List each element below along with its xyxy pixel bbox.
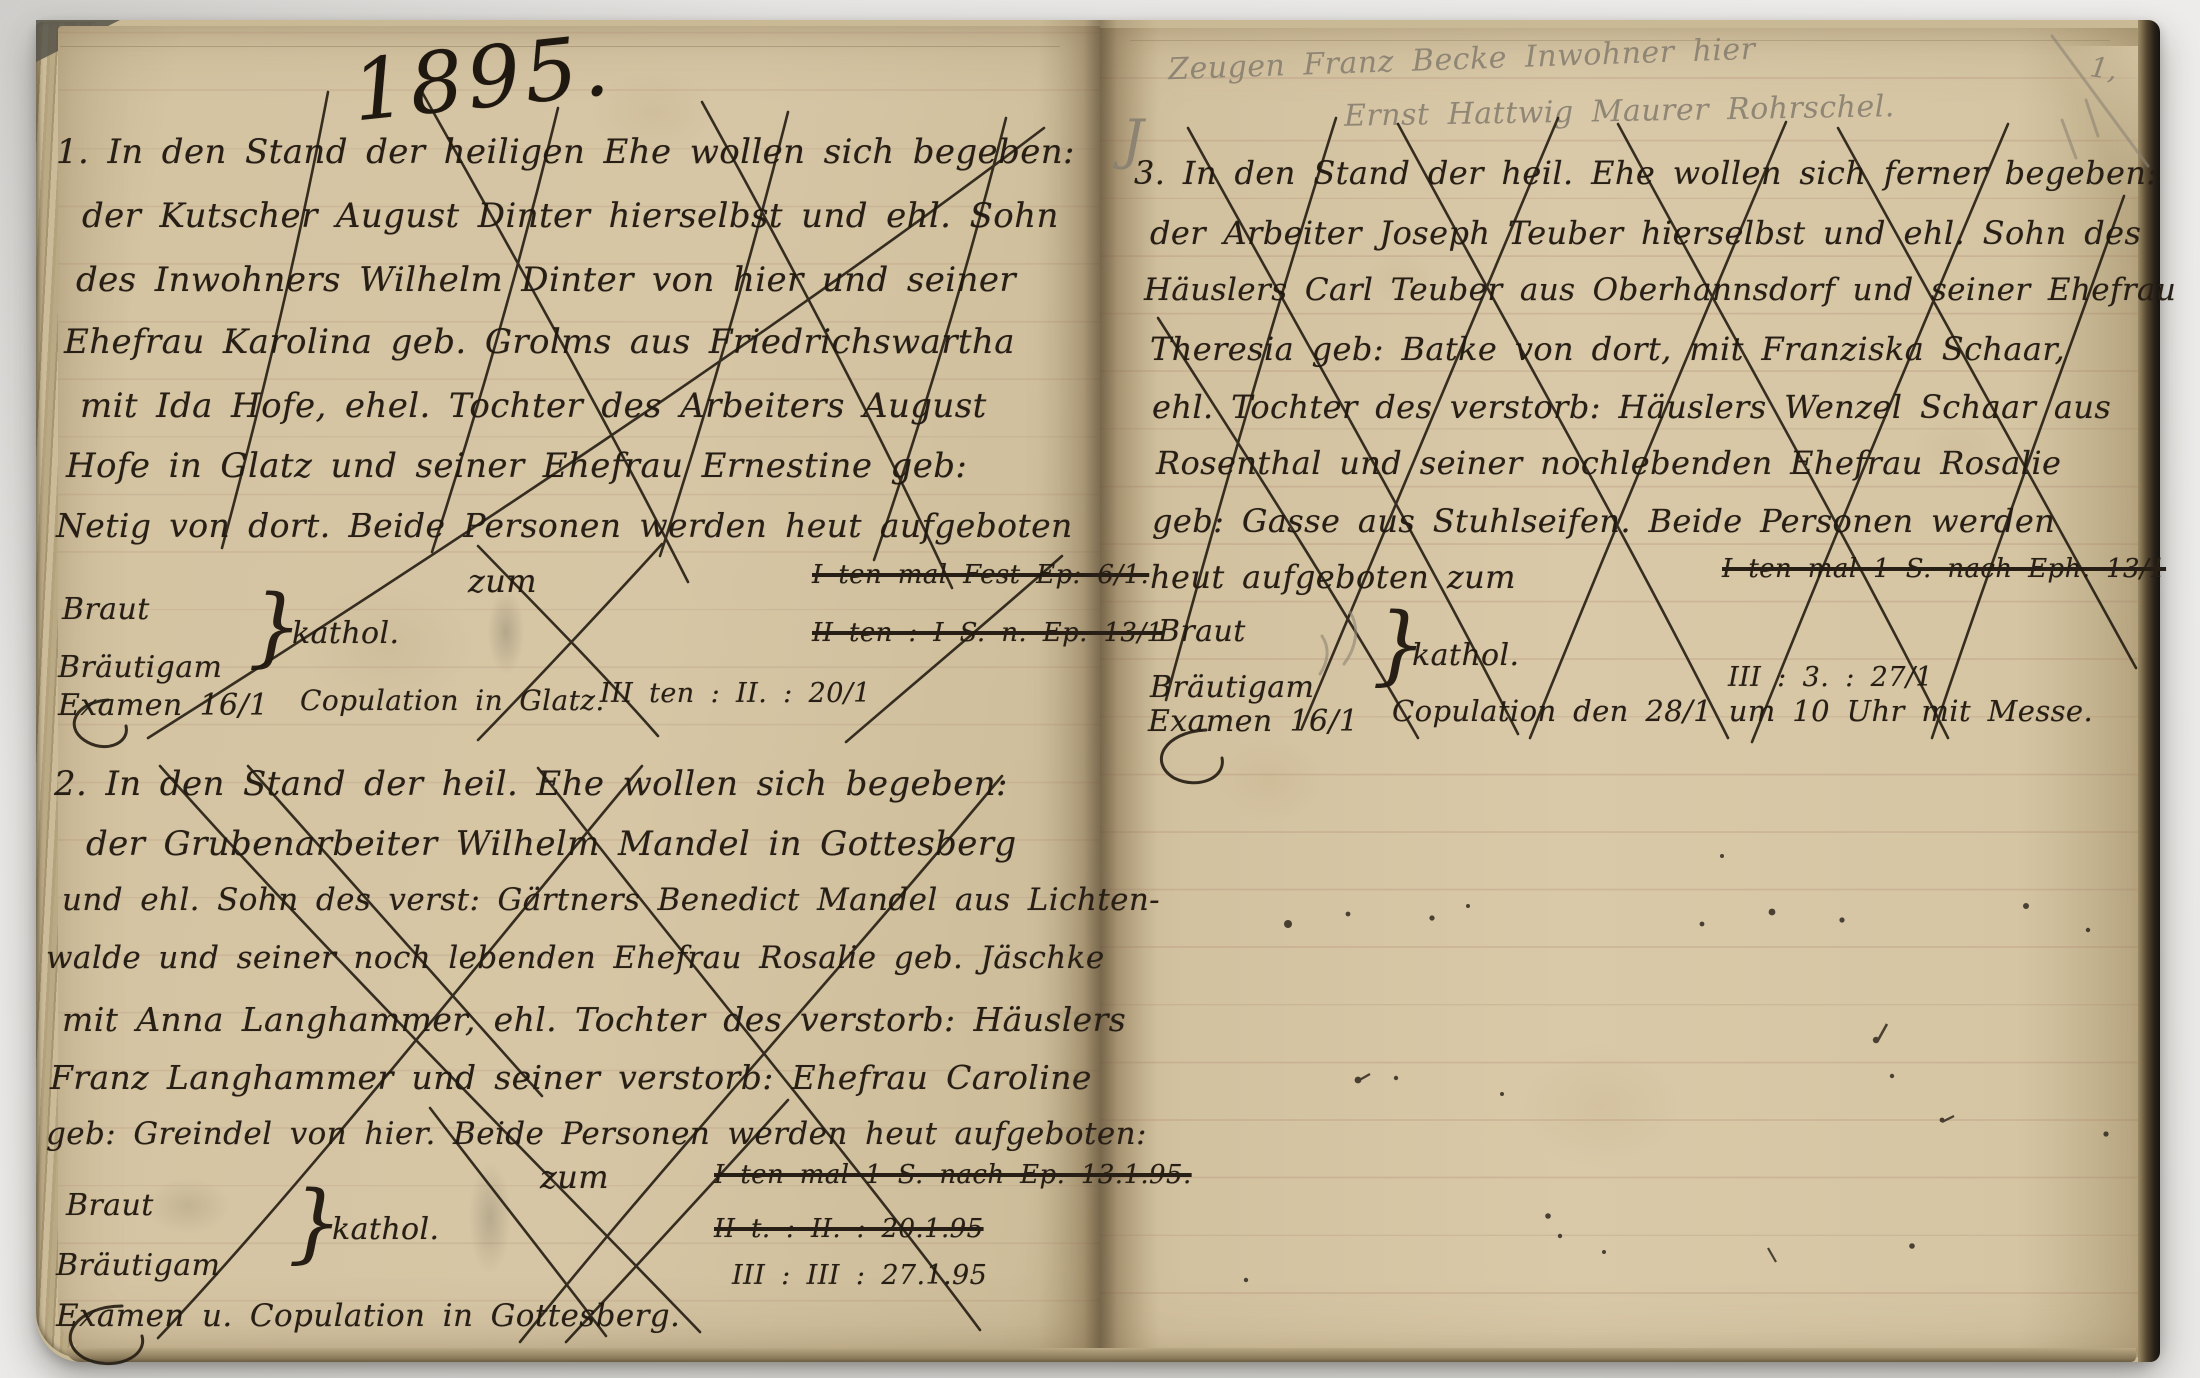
entry1-line-6: Hofe in Glatz und seiner Ehefrau Ernesti… xyxy=(66,446,967,487)
entry1-groom-label: Bräutigam xyxy=(58,650,222,686)
entry1-line-3: des Inwohners Wilhelm Dinter von hier un… xyxy=(76,260,1016,301)
entry2-zum-label: zum xyxy=(540,1158,609,1196)
cover-edge-right xyxy=(2138,20,2160,1362)
entry2-line-3: und ehl. Sohn des verst: Gärtners Benedi… xyxy=(62,882,1160,919)
entry1-zum-label: zum xyxy=(468,562,537,600)
entry1-line-5: mit Ida Hofe, ehel. Tochter des Arbeiter… xyxy=(80,386,987,427)
entry1-copulation: Copulation in Glatz. xyxy=(300,684,605,718)
entry1-confession: kathol. xyxy=(292,616,399,652)
entry1-banns-third: III ten : II. : 20/1 xyxy=(600,678,871,710)
entry3-line-5: ehl. Tochter des verstorb: Häuslers Wenz… xyxy=(1152,388,2111,426)
entry3-bride-label: Braut xyxy=(1158,614,1246,650)
entry2-line-2: der Grubenarbeiter Wilhelm Mandel in Got… xyxy=(86,824,1017,865)
entry3-copulation: Copulation den 28/1 um 10 Uhr mit Messe. xyxy=(1392,694,2093,729)
entry2-banns-second: II t. : II. : 20.1.95 xyxy=(714,1214,984,1245)
entry1-bride-label: Braut xyxy=(62,592,150,628)
entry3-examen: Examen 16/1 xyxy=(1148,704,1359,740)
pencil-page-number: 1, xyxy=(2088,50,2120,87)
entry2-bride-label: Braut xyxy=(66,1188,154,1224)
entry1-line-7: Netig von dort. Beide Personen werden he… xyxy=(56,506,1073,546)
entry3-line-6: Rosenthal und seiner nochlebenden Ehefra… xyxy=(1156,444,2061,482)
scanned-register-spread: 1895. 1. In den Stand der heiligen Ehe w… xyxy=(0,0,2200,1378)
entry3-line-4: Theresia geb: Batke von dort, mit Franzi… xyxy=(1150,330,2065,368)
entry3-line-1: 3. In den Stand der heil. Ehe wollen sic… xyxy=(1134,154,2158,192)
entry3-confession: kathol. xyxy=(1412,638,1519,674)
entry2-line-5: mit Anna Langhammer, ehl. Tochter des ve… xyxy=(62,1000,1126,1040)
entry2-line-4: walde und seiner noch lebenden Ehefrau R… xyxy=(46,940,1105,977)
entry2-groom-label: Bräutigam xyxy=(56,1248,220,1284)
entry1-examen: Examen 16/1 xyxy=(58,688,269,724)
entry3-line-8: heut aufgeboten zum xyxy=(1150,558,1516,596)
entry3-line-7: geb: Gasse aus Stuhlseifen. Beide Person… xyxy=(1152,502,2055,540)
entry2-banns-third: III : III : 27.1.95 xyxy=(732,1260,987,1292)
entry1-line-4: Ehefrau Karolina geb. Grolms aus Friedri… xyxy=(64,322,1015,363)
entry3-line-3: Häuslers Carl Teuber aus Oberhannsdorf u… xyxy=(1144,272,2176,309)
entry1-line-1: 1. In den Stand der heiligen Ehe wollen … xyxy=(56,132,1075,173)
page-stack-edge-bottom xyxy=(66,1348,2136,1362)
entry2-line-6: Franz Langhammer und seiner verstorb: Eh… xyxy=(50,1058,1092,1098)
entry1-banns-first: I ten mal Fest Ep: 6/1. xyxy=(812,560,1149,591)
entry3-banns-first: I ten mal 1 S. nach Eph. 13/1 xyxy=(1722,554,2166,585)
entry2-banns-first: I ten mal 1 S. nach Ep. 13.1.95. xyxy=(714,1160,1192,1191)
entry3-line-2: der Arbeiter Joseph Teuber hierselbst un… xyxy=(1150,214,2141,252)
entry3-groom-label: Bräutigam xyxy=(1150,670,1314,706)
entry2-line-1: 2. In den Stand der heil. Ehe wollen sic… xyxy=(54,764,1008,805)
entry2-examen-copulation: Examen u. Copulation in Gottesberg. xyxy=(56,1298,680,1335)
entry2-line-7: geb: Greindel von hier. Beide Personen w… xyxy=(46,1116,1147,1153)
entry3-banns-third: III : 3. : 27/1 xyxy=(1728,662,1933,694)
entry1-line-2: der Kutscher August Dinter hierselbst un… xyxy=(82,196,1059,237)
entry1-banns-second: II ten : I S. n. Ep. 13/1 xyxy=(812,618,1163,649)
entry2-confession: kathol. xyxy=(332,1212,439,1248)
